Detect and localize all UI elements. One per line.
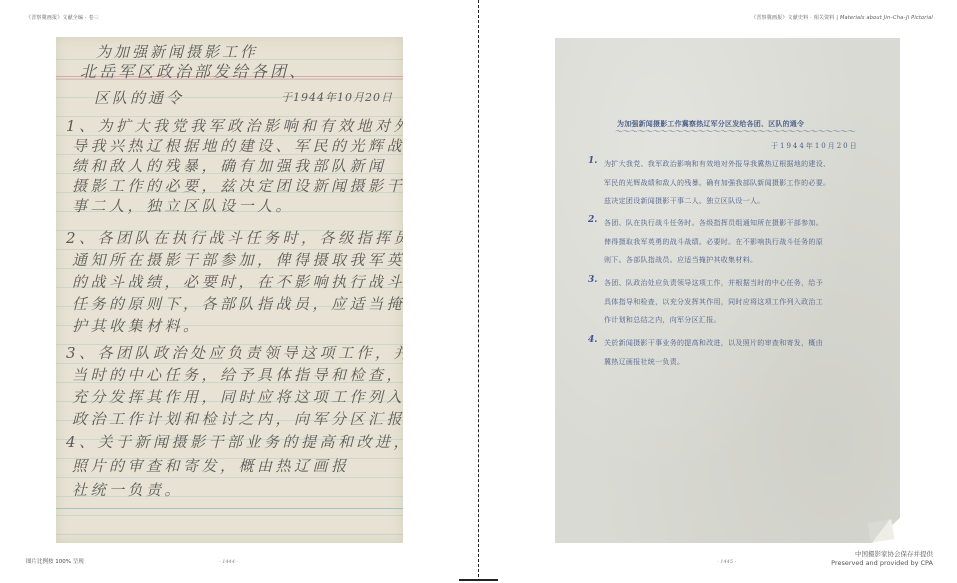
manuscript-line: 1、为扩大我党我军政治影响和有效地对外报: [66, 115, 403, 136]
manuscript-line: 4、关于新闻摄影干部业务的提高和改进，以及: [66, 431, 403, 452]
typed-line: 各团、队政治处应负责领导这项工作，并根据当时的中心任务，给予: [604, 278, 823, 288]
item-number: 2.: [588, 215, 597, 225]
manuscript-line: 的战斗战绩，必要时，在不影响执行战斗: [72, 271, 403, 292]
page-number-right: - 1445 -: [717, 559, 736, 565]
manuscript-line: 充分发挥其作用，同时应将这项工作列入: [72, 386, 403, 407]
running-header-left: 《晋察冀画报》文献全编 · 卷三: [26, 14, 99, 21]
manuscript-date: 于1944年10月20日: [281, 89, 393, 105]
page-divider-dashed: [478, 0, 479, 577]
typed-date: 于1944年10月20日: [771, 141, 859, 151]
manuscript-line: 社统一负责。: [72, 479, 183, 500]
handwritten-manuscript-image: 为加强新闻摄影工作 北岳军区政治部发给各团、 区队的通令 于1944年10月20…: [56, 37, 403, 543]
typed-line: 具体指导和检查，以充分发挥其作用，同时应将这项工作列入政治工: [604, 297, 823, 307]
typed-line: 俾得摄取我军英勇的战斗战绩。必要时。在不影响执行战斗任务的原: [604, 237, 823, 247]
typed-line: 关於新闻摄影干事业务的提高和改进，以及照片的审查和寄发，概由: [604, 338, 823, 348]
manuscript-line: 当时的中心任务，给予具体指导和检查，以: [72, 364, 403, 385]
manuscript-title-line-3: 区队的通令: [94, 87, 184, 108]
manuscript-line: 导我兴热辽根据地的建设、军民的光辉战: [72, 135, 403, 156]
manuscript-line: 2、各团队在执行战斗任务时，各级指挥员应: [66, 227, 403, 248]
manuscript-line: 任务的原则下，各部队指战员，应适当掩: [72, 293, 403, 314]
typed-line: 军民的光辉战绩和敌人的残暴。确有加强我部队新闻摄影工作的必要。: [604, 178, 830, 188]
manuscript-line: 3、各团队政治处应负责领导这项工作，并按: [66, 342, 403, 363]
running-header-en: Materials about Jin–Cha–Ji Pictorial: [840, 15, 933, 21]
credit-cn: 中国摄影家协会保存并提供: [831, 550, 933, 559]
typed-line: 作计划和总结之内，向军分区汇报。: [604, 315, 721, 325]
manuscript-title-line-2: 北岳军区政治部发给各团、: [80, 59, 308, 82]
typed-line: 兹决定团设新闻摄影干事二人。独立区队设一人。: [604, 196, 765, 206]
scale-note: 图片比例按 100% 呈现: [26, 557, 84, 565]
manuscript-line: 照片的审查和寄发，概由热辽画报: [72, 455, 350, 476]
page-number-left: - 1444 -: [219, 559, 238, 565]
typed-line: 冀热辽画报社统一负责。: [604, 357, 684, 367]
manuscript-line: 摄影工作的必要，兹决定团设新闻摄影干: [72, 175, 403, 196]
bottom-ruled-line: [56, 508, 403, 509]
manuscript-line: 事二人，独立区队设一人。: [72, 195, 294, 216]
manuscript-line: 通知所在摄影干部参加，俾得摄取我军英勇: [72, 249, 403, 270]
item-number: 3.: [588, 275, 597, 285]
typed-line: 各团、队在执行战斗任务时。各级指挥员组通知所在摄影干部参加。: [604, 218, 823, 228]
item-number: 1.: [588, 156, 597, 166]
folded-corner: [868, 519, 895, 542]
item-number: 4.: [588, 335, 597, 345]
typed-line: 为扩大我党、我军政治影响和有效地对外报导我冀热辽根据地的建设、: [604, 159, 830, 169]
typed-document-image: 为加强新闻摄影工作冀察热辽军分区发给各团、区队的通令 ～～～～～～～～～～～～～…: [555, 38, 900, 543]
page-divider-base: [459, 579, 498, 581]
manuscript-line: 绩和敌人的残暴，确有加强我部队新闻: [72, 155, 387, 176]
credit-block: 中国摄影家协会保存并提供 Preserved and provided by C…: [831, 550, 933, 568]
credit-en: Preserved and provided by CPA: [831, 559, 933, 568]
typed-line: 则下。各部队指战员。应适当掩护其收集材料。: [604, 255, 757, 265]
manuscript-line: 政治工作计划和检讨之内，向军分区汇报。: [72, 408, 403, 429]
manuscript-line: 护其收集材料。: [72, 315, 202, 336]
running-header-right: 《晋察冀画报》文献史料 · 相关资料 | Materials about Jin…: [751, 14, 933, 21]
wavy-underline: ～～～～～～～～～～～～～～～～～～～～～～～～～～～～～～～～: [615, 126, 855, 137]
running-header-cn: 《晋察冀画报》文献史料 · 相关资料: [751, 15, 834, 21]
